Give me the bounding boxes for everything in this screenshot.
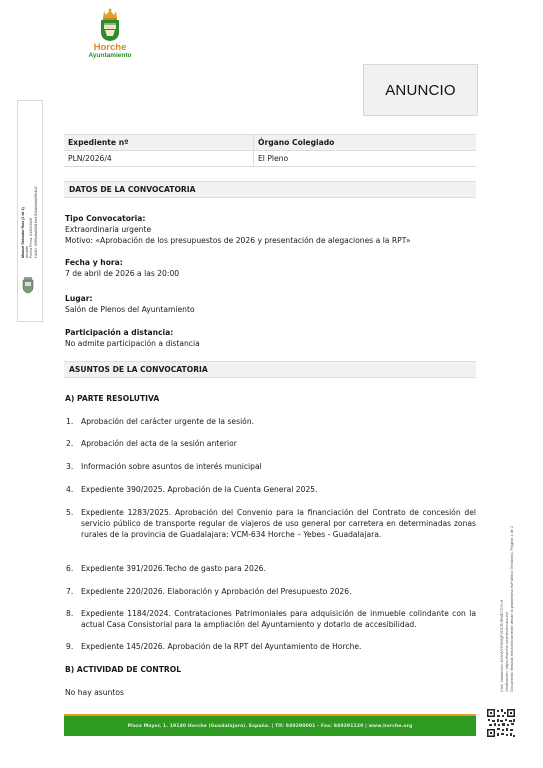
agenda-item: 3. Información sobre asuntos de interés … xyxy=(65,461,476,472)
agenda-item-text: Expediente 391/2026.Techo de gasto para … xyxy=(81,563,476,574)
agenda-item: 2. Aprobación del acta de la sesión ante… xyxy=(65,438,476,449)
footer-band: Plaza Mayor, 1. 19140 Horche (Guadalajar… xyxy=(64,714,476,738)
expediente-value: PLN/2026/4 xyxy=(64,151,254,167)
footer-address: Plaza Mayor, 1. 19140 Horche (Guadalajar… xyxy=(64,716,476,736)
datos-section-header: DATOS DE LA CONVOCATORIA xyxy=(64,181,476,198)
agenda-item-text: Información sobre asuntos de interés mun… xyxy=(81,461,476,472)
qr-code-icon[interactable] xyxy=(486,708,516,738)
agenda-item: 8. Expediente 1184/2024. Contrataciones … xyxy=(65,608,476,630)
signature-stamp-text: Manuel Salvador Ruiz (1 de 1) Alcalde Fe… xyxy=(21,98,38,258)
expediente-table: Expediente nº Órgano Colegiado PLN/2026/… xyxy=(64,134,476,167)
actividad-control-title: B) ACTIVIDAD DE CONTROL xyxy=(65,664,181,675)
participacion-value: No admite participación a distancia xyxy=(65,338,200,349)
agenda-item: 4. Expediente 390/2025. Aprobación de la… xyxy=(65,484,476,495)
agenda-item: 6. Expediente 391/2026.Techo de gasto pa… xyxy=(65,563,476,574)
agenda-item-number: 6. xyxy=(66,563,73,574)
agenda-item-number: 8. xyxy=(66,608,73,619)
agenda-item-number: 7. xyxy=(66,586,73,597)
agenda-item-number: 5. xyxy=(66,507,73,518)
agenda-item: 7. Expediente 220/2026. Elaboración y Ap… xyxy=(65,586,476,597)
crest-icon xyxy=(97,8,123,42)
table-row: PLN/2026/4 El Pleno xyxy=(64,151,476,167)
logo-subtitle: Ayuntamiento xyxy=(74,52,146,59)
participacion-label: Participación a distancia: xyxy=(65,327,173,338)
motivo-text: Motivo: «Aprobación de los presupuestos … xyxy=(65,235,411,246)
expediente-header: Expediente nº xyxy=(64,135,254,151)
lugar-value: Salón de Plenos del Ayuntamiento xyxy=(65,304,195,315)
asuntos-section-header: ASUNTOS DE LA CONVOCATORIA xyxy=(64,361,476,378)
agenda-item-number: 3. xyxy=(66,461,73,472)
fecha-label: Fecha y hora: xyxy=(65,257,123,268)
agenda-item: 1. Aprobación del carácter urgente de la… xyxy=(65,416,476,427)
lugar-label: Lugar: xyxy=(65,293,93,304)
tipo-label: Tipo Convocatoria: xyxy=(65,213,145,224)
document-type-title: ANUNCIO xyxy=(363,64,478,116)
agenda-item-text: Expediente 1184/2024. Contrataciones Pat… xyxy=(81,608,476,630)
agenda-item-number: 1. xyxy=(66,416,73,427)
agenda-item: 5. Expediente 1283/2025. Aprobación del … xyxy=(65,507,476,540)
stamp-crest-icon xyxy=(21,276,35,294)
agenda-item-number: 9. xyxy=(66,641,73,652)
agenda-item-text: Expediente 145/2026. Aprobación de la RP… xyxy=(81,641,476,652)
organo-header: Órgano Colegiado xyxy=(254,135,477,151)
logo-name: Horche xyxy=(74,43,146,52)
agenda-item: 9. Expediente 145/2026. Aprobación de la… xyxy=(65,641,476,652)
agenda-item-number: 4. xyxy=(66,484,73,495)
horche-logo: Horche Ayuntamiento xyxy=(74,8,146,60)
agenda-item-text: Expediente 1283/2025. Aprobación del Con… xyxy=(81,507,476,540)
agenda-item-text: Aprobación del acta de la sesión anterio… xyxy=(81,438,476,449)
organo-value: El Pleno xyxy=(254,151,477,167)
fecha-value: 7 de abril de 2026 a las 20:00 xyxy=(65,268,179,279)
parte-resolutiva-title: A) PARTE RESOLUTIVA xyxy=(65,393,159,404)
agenda-item-text: Expediente 220/2026. Elaboración y Aprob… xyxy=(81,586,476,597)
signature-note: Documento firmado electrónicamente desde… xyxy=(510,452,515,692)
verification-text: Cód. Validación: A9NWYP6OQP2DCRJRME7CYLH… xyxy=(500,452,514,692)
agenda-item-text: Aprobación del carácter urgente de la se… xyxy=(81,416,476,427)
signature-hash: HASH: 0f0f0c8a6f0d1f0e1f16ab0c8a0f9b1b2 xyxy=(34,98,38,258)
table-header-row: Expediente nº Órgano Colegiado xyxy=(64,135,476,151)
actividad-control-value: No hay asuntos xyxy=(65,687,124,698)
tipo-value: Extraordinaria urgente xyxy=(65,224,151,235)
agenda-item-text: Expediente 390/2025. Aprobación de la Cu… xyxy=(81,484,476,495)
agenda-item-number: 2. xyxy=(66,438,73,449)
